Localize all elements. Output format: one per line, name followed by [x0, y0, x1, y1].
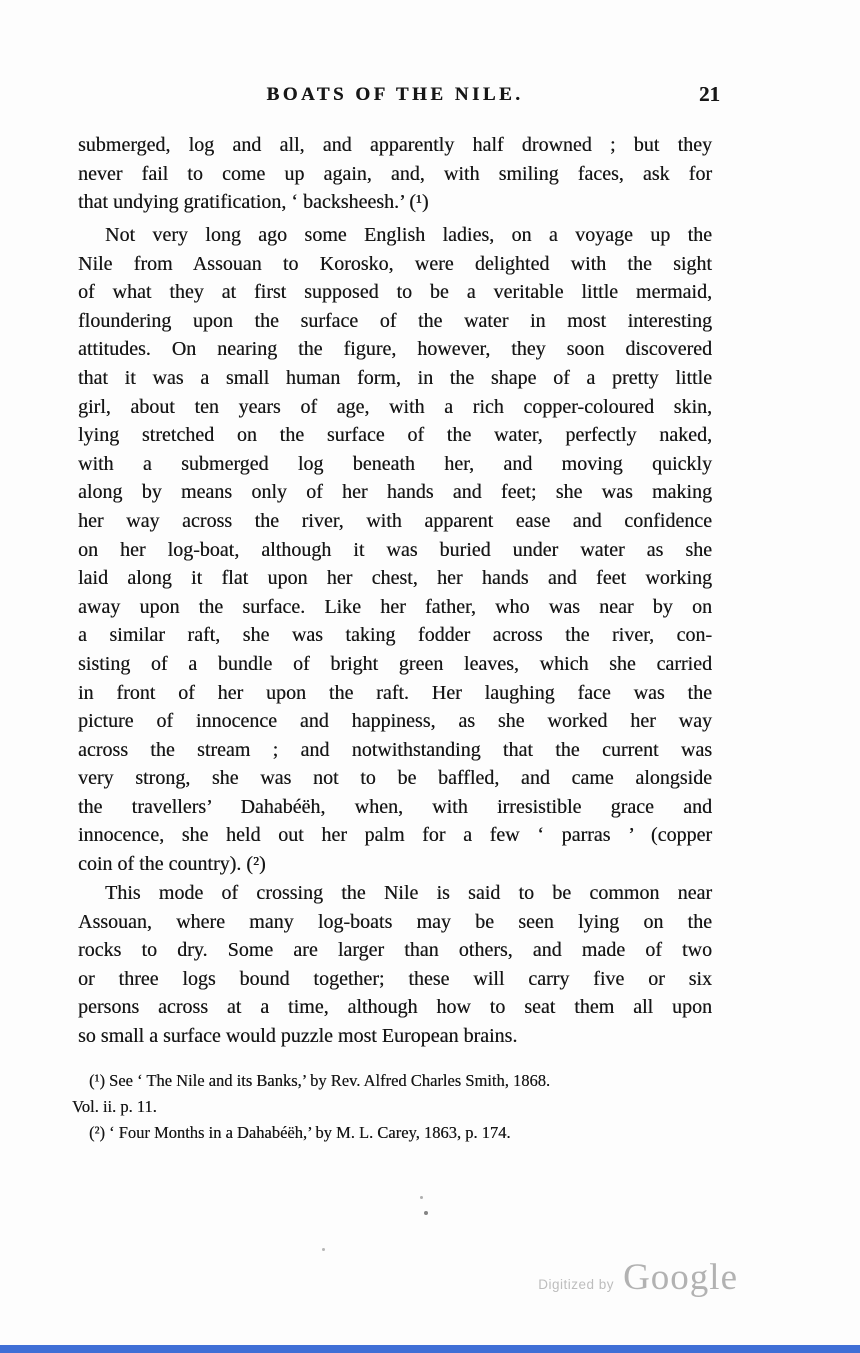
text-line: Nile from Assouan to Korosko, were delig…: [78, 250, 712, 279]
text-line: floundering upon the surface of the wate…: [78, 307, 712, 336]
text-line: never fail to come up again, and, with s…: [78, 160, 712, 189]
text-line: Vol. ii. p. 11.: [72, 1094, 716, 1120]
text-line: lying stretched on the surface of the wa…: [78, 421, 712, 450]
text-line: of what they at first supposed to be a v…: [78, 278, 712, 307]
footnote: (¹) See ‘ The Nile and its Banks,’ by Re…: [72, 1068, 716, 1119]
text-line: Not very long ago some English ladies, o…: [78, 221, 712, 250]
text-line: coin of the country). (²): [78, 850, 712, 879]
text-line: (²) ‘ Four Months in a Dahabéëh,’ by M. …: [72, 1120, 716, 1146]
text-line: girl, about ten years of age, with a ric…: [78, 393, 712, 422]
footnote: (²) ‘ Four Months in a Dahabéëh,’ by M. …: [72, 1120, 716, 1146]
scanned-book-page: BOATS OF THE NILE. 21 submerged, log and…: [0, 0, 860, 1353]
text-line: along by means only of her hands and fee…: [78, 478, 712, 507]
text-line: persons across at a time, although how t…: [78, 993, 712, 1022]
text-line: that undying gratification, ‘ backsheesh…: [78, 188, 712, 217]
page-title: BOATS OF THE NILE.: [78, 84, 712, 106]
text-line: sisting of a bundle of bright green leav…: [78, 650, 712, 679]
scan-speck: [420, 1196, 423, 1199]
text-line: picture of innocence and happiness, as s…: [78, 707, 712, 736]
text-line: very strong, she was not to be baffled, …: [78, 764, 712, 793]
text-line: the travellers’ Dahabéëh, when, with irr…: [78, 793, 712, 822]
footer-bar: [0, 1345, 860, 1353]
body-paragraph: This mode of crossing the Nile is said t…: [78, 879, 712, 1051]
text-line: in front of her upon the raft. Her laugh…: [78, 679, 712, 708]
watermark-prefix: Digitized by: [538, 1277, 614, 1292]
body-paragraph: Not very long ago some English ladies, o…: [78, 221, 712, 879]
page-number: 21: [699, 82, 720, 107]
text-line: her way across the river, with apparent …: [78, 507, 712, 536]
text-line: This mode of crossing the Nile is said t…: [78, 879, 712, 908]
text-line: a similar raft, she was taking fodder ac…: [78, 621, 712, 650]
text-line: so small a surface would puzzle most Eur…: [78, 1022, 712, 1051]
running-header: BOATS OF THE NILE. 21: [78, 84, 712, 108]
scan-speck: [424, 1211, 428, 1215]
scan-speck: [322, 1248, 325, 1251]
digitized-by-google-watermark: Digitized by Google: [538, 1256, 738, 1299]
google-logo: Google: [623, 1256, 738, 1299]
text-line: laid along it flat upon her chest, her h…: [78, 564, 712, 593]
text-line: innocence, she held out her palm for a f…: [78, 821, 712, 850]
text-line: or three logs bound together; these will…: [78, 965, 712, 994]
text-line: Assouan, where many log-boats may be see…: [78, 908, 712, 937]
body-paragraph: submerged, log and all, and apparently h…: [78, 131, 712, 217]
text-line: (¹) See ‘ The Nile and its Banks,’ by Re…: [72, 1068, 716, 1094]
text-line: away upon the surface. Like her father, …: [78, 593, 712, 622]
text-line: on her log-boat, although it was buried …: [78, 536, 712, 565]
text-line: across the stream ; and notwithstanding …: [78, 736, 712, 765]
text-line: with a submerged log beneath her, and mo…: [78, 450, 712, 479]
text-line: attitudes. On nearing the figure, howeve…: [78, 335, 712, 364]
text-line: that it was a small human form, in the s…: [78, 364, 712, 393]
text-line: submerged, log and all, and apparently h…: [78, 131, 712, 160]
text-line: rocks to dry. Some are larger than other…: [78, 936, 712, 965]
